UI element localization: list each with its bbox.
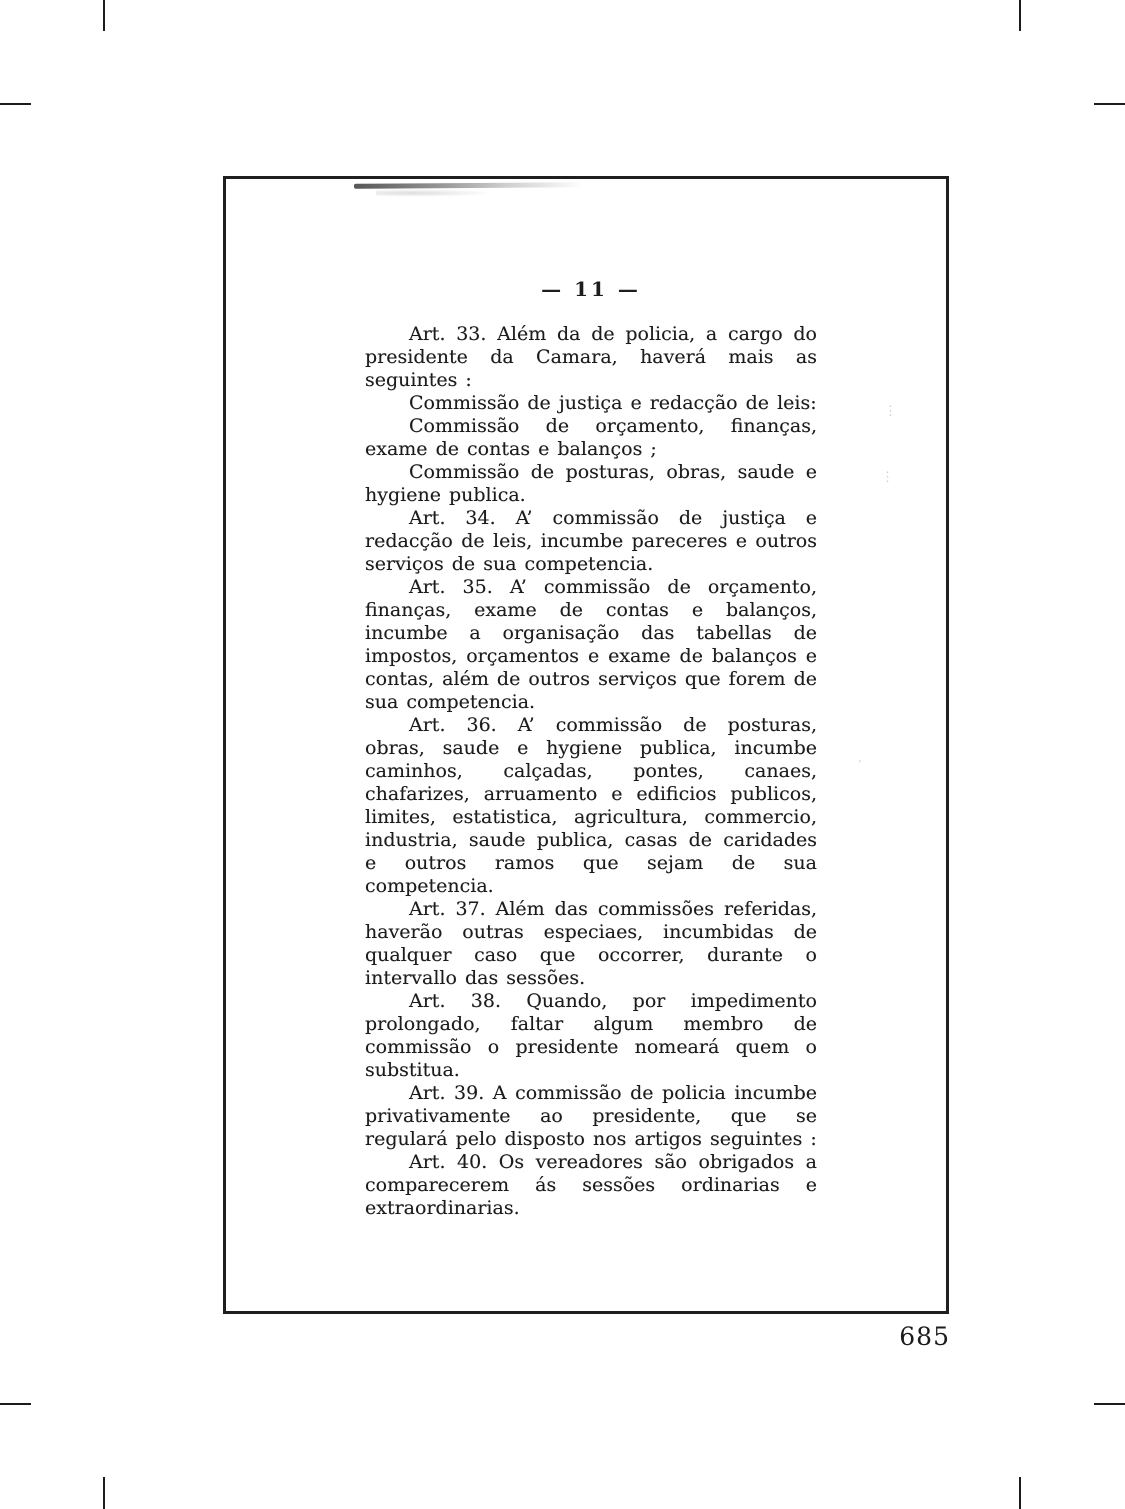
paragraph-art-38: Art. 38. Quando, por impedimento prolong…	[365, 990, 817, 1082]
crop-mark-bottom-right-vertical	[1019, 1477, 1021, 1509]
paragraph-art-33: Art. 33. Além da de policia, a cargo do …	[365, 323, 817, 392]
crop-mark-bottom-right-horizontal	[1094, 1403, 1125, 1405]
paragraph-commission-orcamento: Commissão de orçamento, finanças, exame …	[365, 415, 817, 461]
crop-mark-bottom-left-vertical	[103, 1477, 105, 1509]
paragraph-art-39: Art. 39. A commissão de policia incumbe …	[365, 1082, 817, 1151]
crop-mark-top-right-horizontal	[1094, 103, 1125, 105]
paragraph-art-40: Art. 40. Os vereadores são obrigados a c…	[365, 1151, 817, 1220]
paragraph-art-35: Art. 35. A’ commissão de orçamento, fina…	[365, 576, 817, 714]
page-number-header: — 11 —	[365, 277, 817, 301]
paragraph-commission-posturas: Commissão de posturas, obras, saude e hy…	[365, 461, 817, 507]
scan-artifact-speck: ⋮	[884, 405, 897, 418]
scanned-book-page: — 11 — Art. 33. Além da de policia, a ca…	[0, 0, 1125, 1509]
folio-number: 685	[869, 1322, 950, 1351]
ink-smudge-faint	[376, 189, 496, 197]
page-body-text: Art. 33. Além da de policia, a cargo do …	[365, 323, 817, 1220]
ink-smudge	[354, 182, 584, 189]
paragraph-art-37: Art. 37. Além das commissões referidas, …	[365, 898, 817, 990]
paragraph-art-36: Art. 36. A’ commissão de posturas, obras…	[365, 714, 817, 898]
scan-artifact-speck: ⋮	[881, 471, 894, 484]
crop-mark-top-left-vertical	[103, 0, 105, 31]
paragraph-commission-justica: Commissão de justiça e redacção de leis:	[365, 392, 817, 415]
scan-artifact-speck: ’	[858, 759, 862, 770]
crop-mark-bottom-left-horizontal	[0, 1403, 31, 1405]
page-border-frame: — 11 — Art. 33. Além da de policia, a ca…	[223, 176, 949, 1314]
crop-mark-top-left-horizontal	[0, 103, 31, 105]
crop-mark-top-right-vertical	[1019, 0, 1021, 31]
paragraph-art-34: Art. 34. A’ commissão de justiça e redac…	[365, 507, 817, 576]
